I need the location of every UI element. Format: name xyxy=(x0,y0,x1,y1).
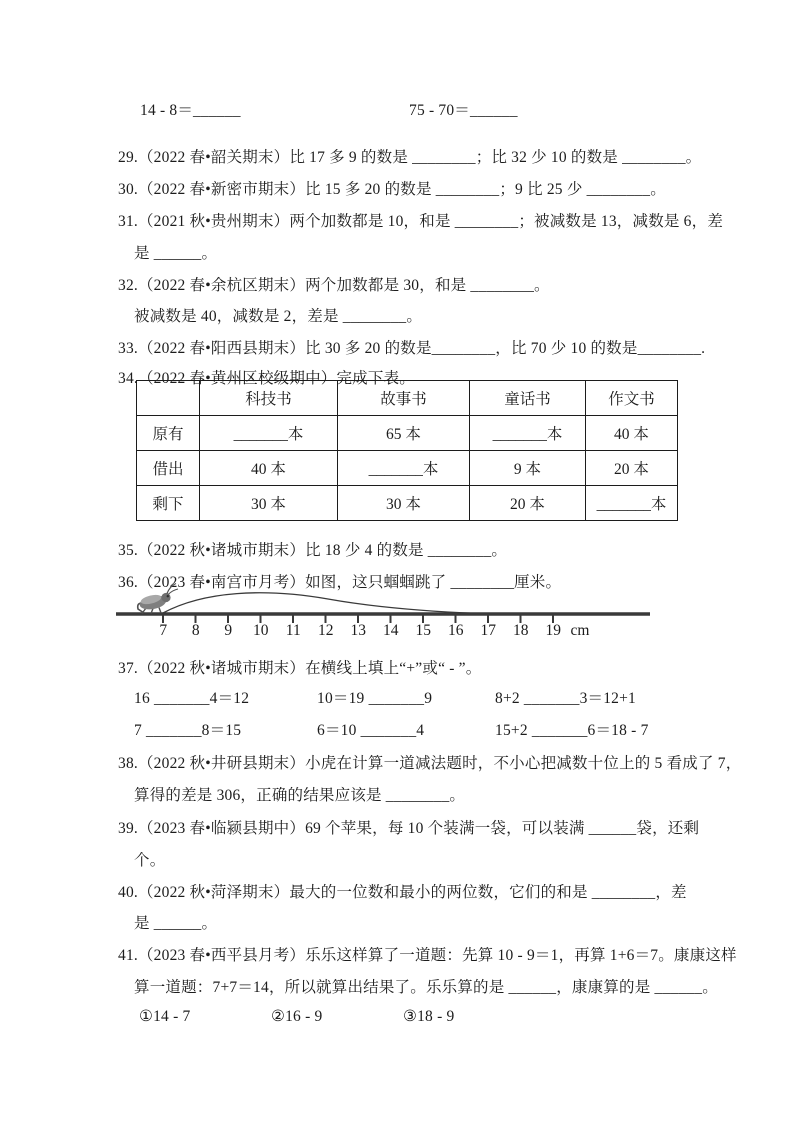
worksheet-page: 14 - 8＝______ 75 - 70＝______ 29.（2022 春•… xyxy=(0,0,793,1122)
table-cell: _______本 xyxy=(200,416,338,451)
question-30: 30.（2022 春•新密市期末）比 15 多 20 的数是 ________；… xyxy=(118,179,666,200)
table-cell: _______本 xyxy=(338,451,470,486)
tick-label: 18 xyxy=(505,622,538,640)
row-label-yuanyou: 原有 xyxy=(137,416,200,451)
jump-arc xyxy=(163,593,492,614)
tick-label: 11 xyxy=(277,622,310,640)
table-header-zuowen: 作文书 xyxy=(586,381,678,416)
table-cell: 40 本 xyxy=(200,451,338,486)
question-29: 29.（2022 春•韶关期末）比 17 多 9 的数是 ________；比 … xyxy=(118,147,701,168)
table-cell: _______本 xyxy=(586,486,678,521)
equation-blank-2: 10＝19 _______9 xyxy=(317,688,432,709)
table-cell: _______本 xyxy=(470,416,586,451)
tick-label: 17 xyxy=(472,622,505,640)
row-label-shengxia: 剩下 xyxy=(137,486,200,521)
table-row: 剩下 30 本 30 本 20 本 _______本 xyxy=(137,486,678,521)
equation-blank-3: 8+2 _______3＝12+1 xyxy=(495,688,636,709)
tick-label: 14 xyxy=(375,622,408,640)
number-line-figure: 7 8 9 10 11 12 13 14 15 16 17 18 19 cm xyxy=(112,580,677,646)
question-40-line2: 是 ______。 xyxy=(134,913,217,934)
table-row: 借出 40 本 _______本 9 本 20 本 xyxy=(137,451,678,486)
tick-label: 19 xyxy=(537,622,570,640)
table-cell: 30 本 xyxy=(200,486,338,521)
table-cell: 20 本 xyxy=(586,451,678,486)
equation-75-70: 75 - 70＝______ xyxy=(409,100,518,121)
row-label-jiechu: 借出 xyxy=(137,451,200,486)
table-cell: 40 本 xyxy=(586,416,678,451)
question-39-line1: 39.（2023 春•临颍县期中）69 个苹果，每 10 个装满一袋，可以装满 … xyxy=(118,818,699,839)
table-header-keji: 科技书 xyxy=(200,381,338,416)
question-38-line2: 算得的差是 306，正确的结果应该是 ________。 xyxy=(134,785,465,806)
table-cell: 65 本 xyxy=(338,416,470,451)
equation-blank-6: 15+2 _______6＝18 - 7 xyxy=(495,720,649,741)
question-31-line1: 31.（2021 秋•贵州期末）两个加数都是 10，和是 ________；被减… xyxy=(118,211,723,232)
question-31-line2: 是 ______。 xyxy=(134,243,217,264)
table-row: 原有 _______本 65 本 _______本 40 本 xyxy=(137,416,678,451)
table-header-tonghua: 童话书 xyxy=(470,381,586,416)
question-39-line2: 个。 xyxy=(134,850,165,871)
tick-label: 7 xyxy=(147,622,180,640)
tick-label: 12 xyxy=(310,622,343,640)
table-cell: 30 本 xyxy=(338,486,470,521)
tick-label: 9 xyxy=(212,622,245,640)
question-41-line2: 算一道题：7+7＝14，所以就算出结果了。乐乐算的是 ______，康康算的是 … xyxy=(134,977,718,998)
table-cell: 20 本 xyxy=(470,486,586,521)
table-header-row: 科技书 故事书 童话书 作文书 xyxy=(137,381,678,416)
question-32-line2: 被减数是 40，减数是 2，差是 ________。 xyxy=(134,306,422,327)
unit-label-cm: cm xyxy=(571,622,590,640)
table-cell: 9 本 xyxy=(470,451,586,486)
question-37: 37.（2022 秋•诸城市期末）在横线上填上“+”或“ - ”。 xyxy=(118,658,481,679)
table-corner-cell xyxy=(137,381,200,416)
question-38-line1: 38.（2022 秋•井研县期末）小虎在计算一道减法题时，不小心把减数十位上的 … xyxy=(118,753,741,774)
tick-label: 16 xyxy=(440,622,473,640)
question-35: 35.（2022 秋•诸城市期末）比 18 少 4 的数是 ________。 xyxy=(118,540,507,561)
equation-blank-5: 6＝10 _______4 xyxy=(317,720,424,741)
tick-label: 10 xyxy=(245,622,278,640)
books-table: 科技书 故事书 童话书 作文书 原有 _______本 65 本 _______… xyxy=(136,380,678,521)
equation-14-8: 14 - 8＝______ xyxy=(140,100,241,121)
tick-label: 13 xyxy=(342,622,375,640)
question-41-line1: 41.（2023 春•西平县月考）乐乐这样算了一道题：先算 10 - 9＝1，再… xyxy=(118,945,737,966)
equation-blank-1: 16 _______4＝12 xyxy=(134,688,249,709)
option-2: ②16 - 9 xyxy=(271,1006,322,1027)
question-33: 33.（2022 春•阳西县期末）比 30 多 20 的数是________，比… xyxy=(118,338,705,359)
option-3: ③18 - 9 xyxy=(403,1006,454,1027)
tick-label: 8 xyxy=(180,622,213,640)
table-header-gushi: 故事书 xyxy=(338,381,470,416)
question-32-line1: 32.（2022 春•余杭区期末）两个加数都是 30，和是 ________。 xyxy=(118,275,550,296)
tick-label-row: 7 8 9 10 11 12 13 14 15 16 17 18 19 cm xyxy=(147,622,589,640)
question-40-line1: 40.（2022 秋•菏泽期末）最大的一位数和最小的两位数，它们的和是 ____… xyxy=(118,882,687,903)
option-1: ①14 - 7 xyxy=(139,1006,190,1027)
tick-label: 15 xyxy=(407,622,440,640)
equation-blank-4: 7 _______8＝15 xyxy=(134,720,241,741)
